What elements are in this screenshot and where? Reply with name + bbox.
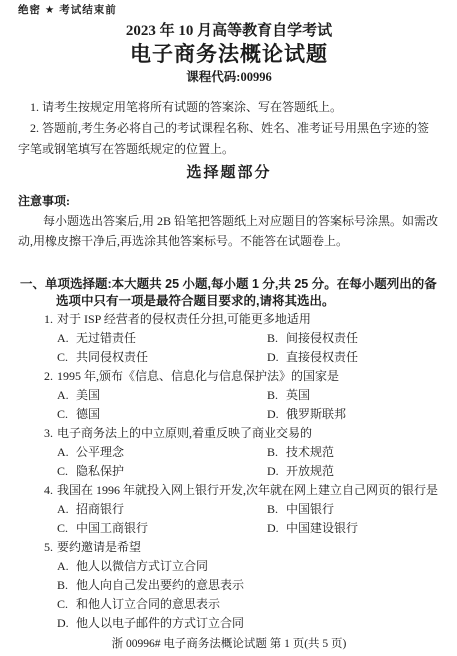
option-text: 和他人订立合同的意思表示: [76, 595, 220, 614]
option-text: 俄罗斯联邦: [286, 405, 346, 424]
question-item: 4. 我国在 1996 年就投入网上银行开发,次年就在网上建立自己网页的银行是 …: [44, 481, 440, 538]
part1-header: 一、单项选择题:本大题共 25 小题,每小题 1 分,共 25 分。在每小题列出…: [18, 276, 440, 310]
question-options: A. 美国 B. 英国 C. 德国 D. 俄罗斯联邦: [57, 386, 440, 424]
question-number: 1.: [44, 310, 57, 329]
question-number: 2.: [44, 367, 57, 386]
answer-option: C. 共同侵权责任: [57, 348, 267, 367]
question-item: 2. 1995 年,颁布《信息、信息化与信息保护法》的国家是 A. 美国 B. …: [44, 367, 440, 424]
general-instructions: 1. 请考生按规定用笔将所有试题的答案涂、写在答题纸上。 2. 答题前,考生务必…: [18, 97, 440, 160]
exam-page: 绝密 ★ 考试结束前 2023 年 10 月高等教育自学考试 电子商务法概论试题…: [0, 0, 457, 656]
option-label: C.: [57, 595, 76, 614]
answer-option: B. 间接侵权责任: [267, 329, 440, 348]
answer-option: D. 他人以电子邮件的方式订立合同: [57, 614, 440, 633]
question-text: 1995 年,颁布《信息、信息化与信息保护法》的国家是: [57, 367, 440, 386]
option-label: A.: [57, 443, 76, 462]
option-label: B.: [57, 576, 76, 595]
option-text: 技术规范: [286, 443, 334, 462]
answer-option: D. 中国建设银行: [267, 519, 440, 538]
option-label: D.: [267, 519, 286, 538]
option-text: 招商银行: [76, 500, 124, 519]
question-line: 2. 1995 年,颁布《信息、信息化与信息保护法》的国家是: [44, 367, 440, 386]
question-options: A. 他人以微信方式订立合同 B. 他人向自己发出要约的意思表示 C. 和他人订…: [57, 557, 440, 633]
option-text: 他人向自己发出要约的意思表示: [76, 576, 244, 595]
option-text: 公平理念: [76, 443, 124, 462]
answer-option: A. 招商银行: [57, 500, 267, 519]
option-label: B.: [267, 443, 286, 462]
option-label: A.: [57, 329, 76, 348]
answer-option: D. 俄罗斯联邦: [267, 405, 440, 424]
question-options: A. 无过错责任 B. 间接侵权责任 C. 共同侵权责任 D. 直接侵权责任: [57, 329, 440, 367]
option-text: 中国银行: [286, 500, 334, 519]
question-text: 我国在 1996 年就投入网上银行开发,次年就在网上建立自己网页的银行是: [57, 481, 440, 500]
course-code: 课程代码:00996: [18, 70, 440, 85]
question-text: 要约邀请是希望: [57, 538, 440, 557]
option-text: 德国: [76, 405, 100, 424]
answer-option: B. 英国: [267, 386, 440, 405]
option-text: 英国: [286, 386, 310, 405]
page-footer: 浙 00996# 电子商务法概论试题 第 1 页(共 5 页): [18, 636, 440, 652]
answer-option: D. 开放规范: [267, 462, 440, 481]
option-label: B.: [267, 386, 286, 405]
option-text: 中国工商银行: [76, 519, 148, 538]
option-label: B.: [267, 500, 286, 519]
answer-option: C. 和他人订立合同的意思表示: [57, 595, 440, 614]
part1-number: 一、: [20, 277, 45, 291]
answer-option: A. 无过错责任: [57, 329, 267, 348]
exam-session-title: 2023 年 10 月高等教育自学考试: [18, 21, 440, 41]
option-label: A.: [57, 500, 76, 519]
classification-banner: 绝密 ★ 考试结束前: [18, 4, 440, 17]
answer-option: A. 美国: [57, 386, 267, 405]
option-label: C.: [57, 405, 76, 424]
option-text: 美国: [76, 386, 100, 405]
option-text: 开放规范: [286, 462, 334, 481]
option-label: A.: [57, 386, 76, 405]
option-label: D.: [267, 462, 286, 481]
question-list: 1. 对于 ISP 经营者的侵权责任分担,可能更多地适用 A. 无过错责任 B.…: [18, 310, 440, 633]
answer-option: B. 他人向自己发出要约的意思表示: [57, 576, 440, 595]
notes-text: 每小题选出答案后,用 2B 铅笔把答题纸上对应题目的答案标号涂黑。如需改动,用橡…: [18, 211, 440, 251]
option-label: D.: [267, 348, 286, 367]
answer-option: A. 公平理念: [57, 443, 267, 462]
option-label: A.: [57, 557, 76, 576]
part1-heading-text: 单项选择题:本大题共 25 小题,每小题 1 分,共 25 分。在每小题列出的备…: [45, 277, 437, 308]
exam-title: 电子商务法概论试题: [18, 42, 440, 67]
question-line: 3. 电子商务法上的中立原则,着重反映了商业交易的: [44, 424, 440, 443]
answer-option: B. 中国银行: [267, 500, 440, 519]
question-number: 4.: [44, 481, 57, 500]
answer-option: C. 中国工商银行: [57, 519, 267, 538]
option-text: 共同侵权责任: [76, 348, 148, 367]
question-text: 电子商务法上的中立原则,着重反映了商业交易的: [57, 424, 440, 443]
section-heading: 选择题部分: [18, 163, 440, 182]
notes-block: 注意事项: 每小题选出答案后,用 2B 铅笔把答题纸上对应题目的答案标号涂黑。如…: [18, 191, 440, 251]
question-item: 1. 对于 ISP 经营者的侵权责任分担,可能更多地适用 A. 无过错责任 B.…: [44, 310, 440, 367]
question-options: A. 招商银行 B. 中国银行 C. 中国工商银行 D. 中国建设银行: [57, 500, 440, 538]
question-text: 对于 ISP 经营者的侵权责任分担,可能更多地适用: [57, 310, 440, 329]
option-text: 隐私保护: [76, 462, 124, 481]
option-text: 直接侵权责任: [286, 348, 358, 367]
answer-option: D. 直接侵权责任: [267, 348, 440, 367]
answer-option: C. 隐私保护: [57, 462, 267, 481]
option-text: 他人以电子邮件的方式订立合同: [76, 614, 244, 633]
option-label: D.: [57, 614, 76, 633]
option-label: B.: [267, 329, 286, 348]
option-text: 他人以微信方式订立合同: [76, 557, 208, 576]
question-line: 1. 对于 ISP 经营者的侵权责任分担,可能更多地适用: [44, 310, 440, 329]
option-label: C.: [57, 348, 76, 367]
question-number: 5.: [44, 538, 57, 557]
option-text: 无过错责任: [76, 329, 136, 348]
question-item: 3. 电子商务法上的中立原则,着重反映了商业交易的 A. 公平理念 B. 技术规…: [44, 424, 440, 481]
question-line: 4. 我国在 1996 年就投入网上银行开发,次年就在网上建立自己网页的银行是: [44, 481, 440, 500]
option-label: C.: [57, 519, 76, 538]
option-label: D.: [267, 405, 286, 424]
option-text: 间接侵权责任: [286, 329, 358, 348]
question-item: 5. 要约邀请是希望 A. 他人以微信方式订立合同 B. 他人向自己发出要约的意…: [44, 538, 440, 633]
notes-label: 注意事项:: [18, 191, 440, 211]
question-line: 5. 要约邀请是希望: [44, 538, 440, 557]
instruction-item-2: 2. 答题前,考生务必将自己的考试课程名称、姓名、准考证号用黑色字迹的签字笔或钢…: [18, 118, 440, 160]
answer-option: B. 技术规范: [267, 443, 440, 462]
question-number: 3.: [44, 424, 57, 443]
answer-option: C. 德国: [57, 405, 267, 424]
option-label: C.: [57, 462, 76, 481]
answer-option: A. 他人以微信方式订立合同: [57, 557, 440, 576]
option-text: 中国建设银行: [286, 519, 358, 538]
question-options: A. 公平理念 B. 技术规范 C. 隐私保护 D. 开放规范: [57, 443, 440, 481]
instruction-item-1: 1. 请考生按规定用笔将所有试题的答案涂、写在答题纸上。: [18, 97, 440, 118]
